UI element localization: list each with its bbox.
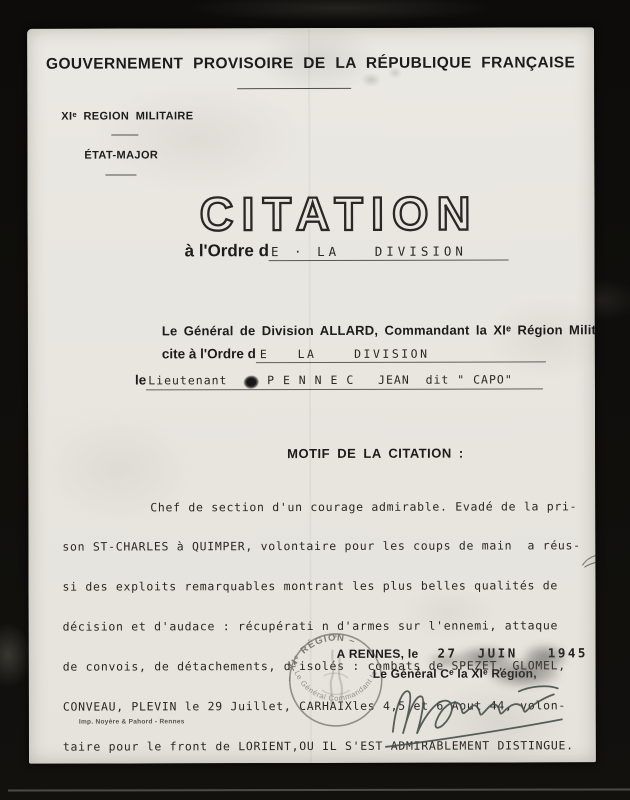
region-rule (111, 134, 138, 135)
title-rule (237, 88, 351, 89)
motif-line: son ST-CHARLES à QUIMPER, volontaire pou… (62, 540, 594, 555)
motif-heading: MOTIF DE LA CITATION : (287, 446, 464, 461)
scan-edge-highlight (8, 788, 630, 791)
motif-line: Chef de section d'un courage admirable. … (62, 500, 594, 515)
cite-line: cite à l'Ordre d E LA DIVISION (162, 345, 546, 363)
recipient-name-typed: Lieutenant LE P E N N E C JEAN dit " CAP… (146, 372, 543, 390)
cite-value-typed: E LA DIVISION (256, 346, 546, 363)
staff-heading: ÉTAT-MAJOR (84, 149, 158, 161)
government-title: GOUVERNEMENT PROVISOIRE DE LA RÉPUBLIQUE… (27, 54, 594, 73)
order-label: à l'Ordre d (185, 241, 269, 261)
recipient-line: le Lieutenant LE P E N N E C JEAN dit " … (135, 371, 543, 390)
recipient-rank: Lieutenant (148, 373, 243, 387)
handwritten-signature (349, 679, 596, 763)
pen-mark (580, 553, 596, 569)
recipient-name: P E N N E C JEAN dit " CAPO" (259, 372, 513, 387)
overstrike-ink-blot: LE (243, 374, 260, 390)
staff-rule (105, 174, 136, 175)
citation-title: CITATION (199, 186, 478, 242)
region-heading: XIᵉ REGION MILITAIRE (61, 110, 193, 122)
printer-imprint: Imp. Noyère & Pahord - Rennes (79, 718, 185, 725)
document-page: GOUVERNEMENT PROVISOIRE DE LA RÉPUBLIQUE… (27, 27, 596, 763)
order-line: à l'Ordre d E · LA DIVISION (185, 240, 509, 261)
order-value-typed: E · LA DIVISION (269, 243, 509, 261)
ink-smudge (521, 643, 569, 671)
cite-label: cite à l'Ordre d (162, 346, 256, 361)
rank-label: le (135, 372, 146, 387)
general-line: Le Général de Division ALLARD, Commandan… (162, 322, 596, 338)
scanned-citation-document: GOUVERNEMENT PROVISOIRE DE LA RÉPUBLIQUE… (0, 0, 630, 800)
motif-line: si des exploits remarquables montrant le… (62, 580, 594, 595)
place-label: A RENNES, le (337, 647, 419, 661)
